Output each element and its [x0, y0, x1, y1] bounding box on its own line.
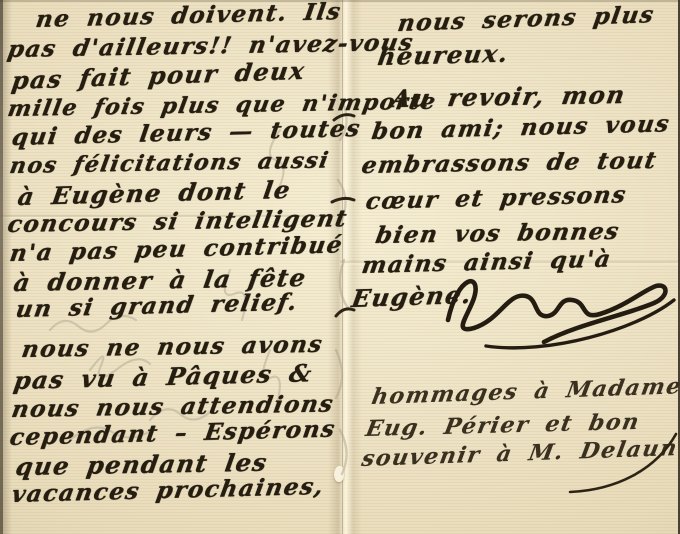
- handwriting-line: hommages à Madame: [370, 373, 680, 410]
- handwriting-line: nous serons plus: [396, 1, 657, 37]
- handwriting-line: bien vos bonnes: [374, 218, 622, 249]
- handwriting-line: Au revoir, mon: [389, 80, 628, 113]
- handwriting-line: mille fois plus que n'importe: [6, 89, 439, 122]
- handwriting-line: pas vu à Pâques &: [12, 358, 315, 395]
- handwriting-line: cœur et pressons: [364, 181, 629, 215]
- handwriting-line: pas d'ailleurs!! n'avez-vous: [6, 29, 417, 63]
- paper-chip: [334, 466, 344, 482]
- handwriting-line: à Eugène dont le: [16, 175, 293, 211]
- vertical-fold-crease: [328, 0, 362, 534]
- handwriting-line: mains ainsi qu'à: [360, 246, 614, 279]
- handwriting-line: embrassons de tout: [360, 147, 660, 179]
- fold-crease-line: [342, 0, 343, 534]
- letter-scan: ne nous doivent. Ils pas d'ailleurs!! n'…: [0, 0, 680, 534]
- handwriting-line: ne nous doivent. Ils: [34, 0, 343, 33]
- handwriting-line: bon ami; nous vous: [370, 110, 672, 145]
- handwriting-line: heureux.: [376, 39, 511, 71]
- handwriting-line: Eugène.: [350, 280, 475, 313]
